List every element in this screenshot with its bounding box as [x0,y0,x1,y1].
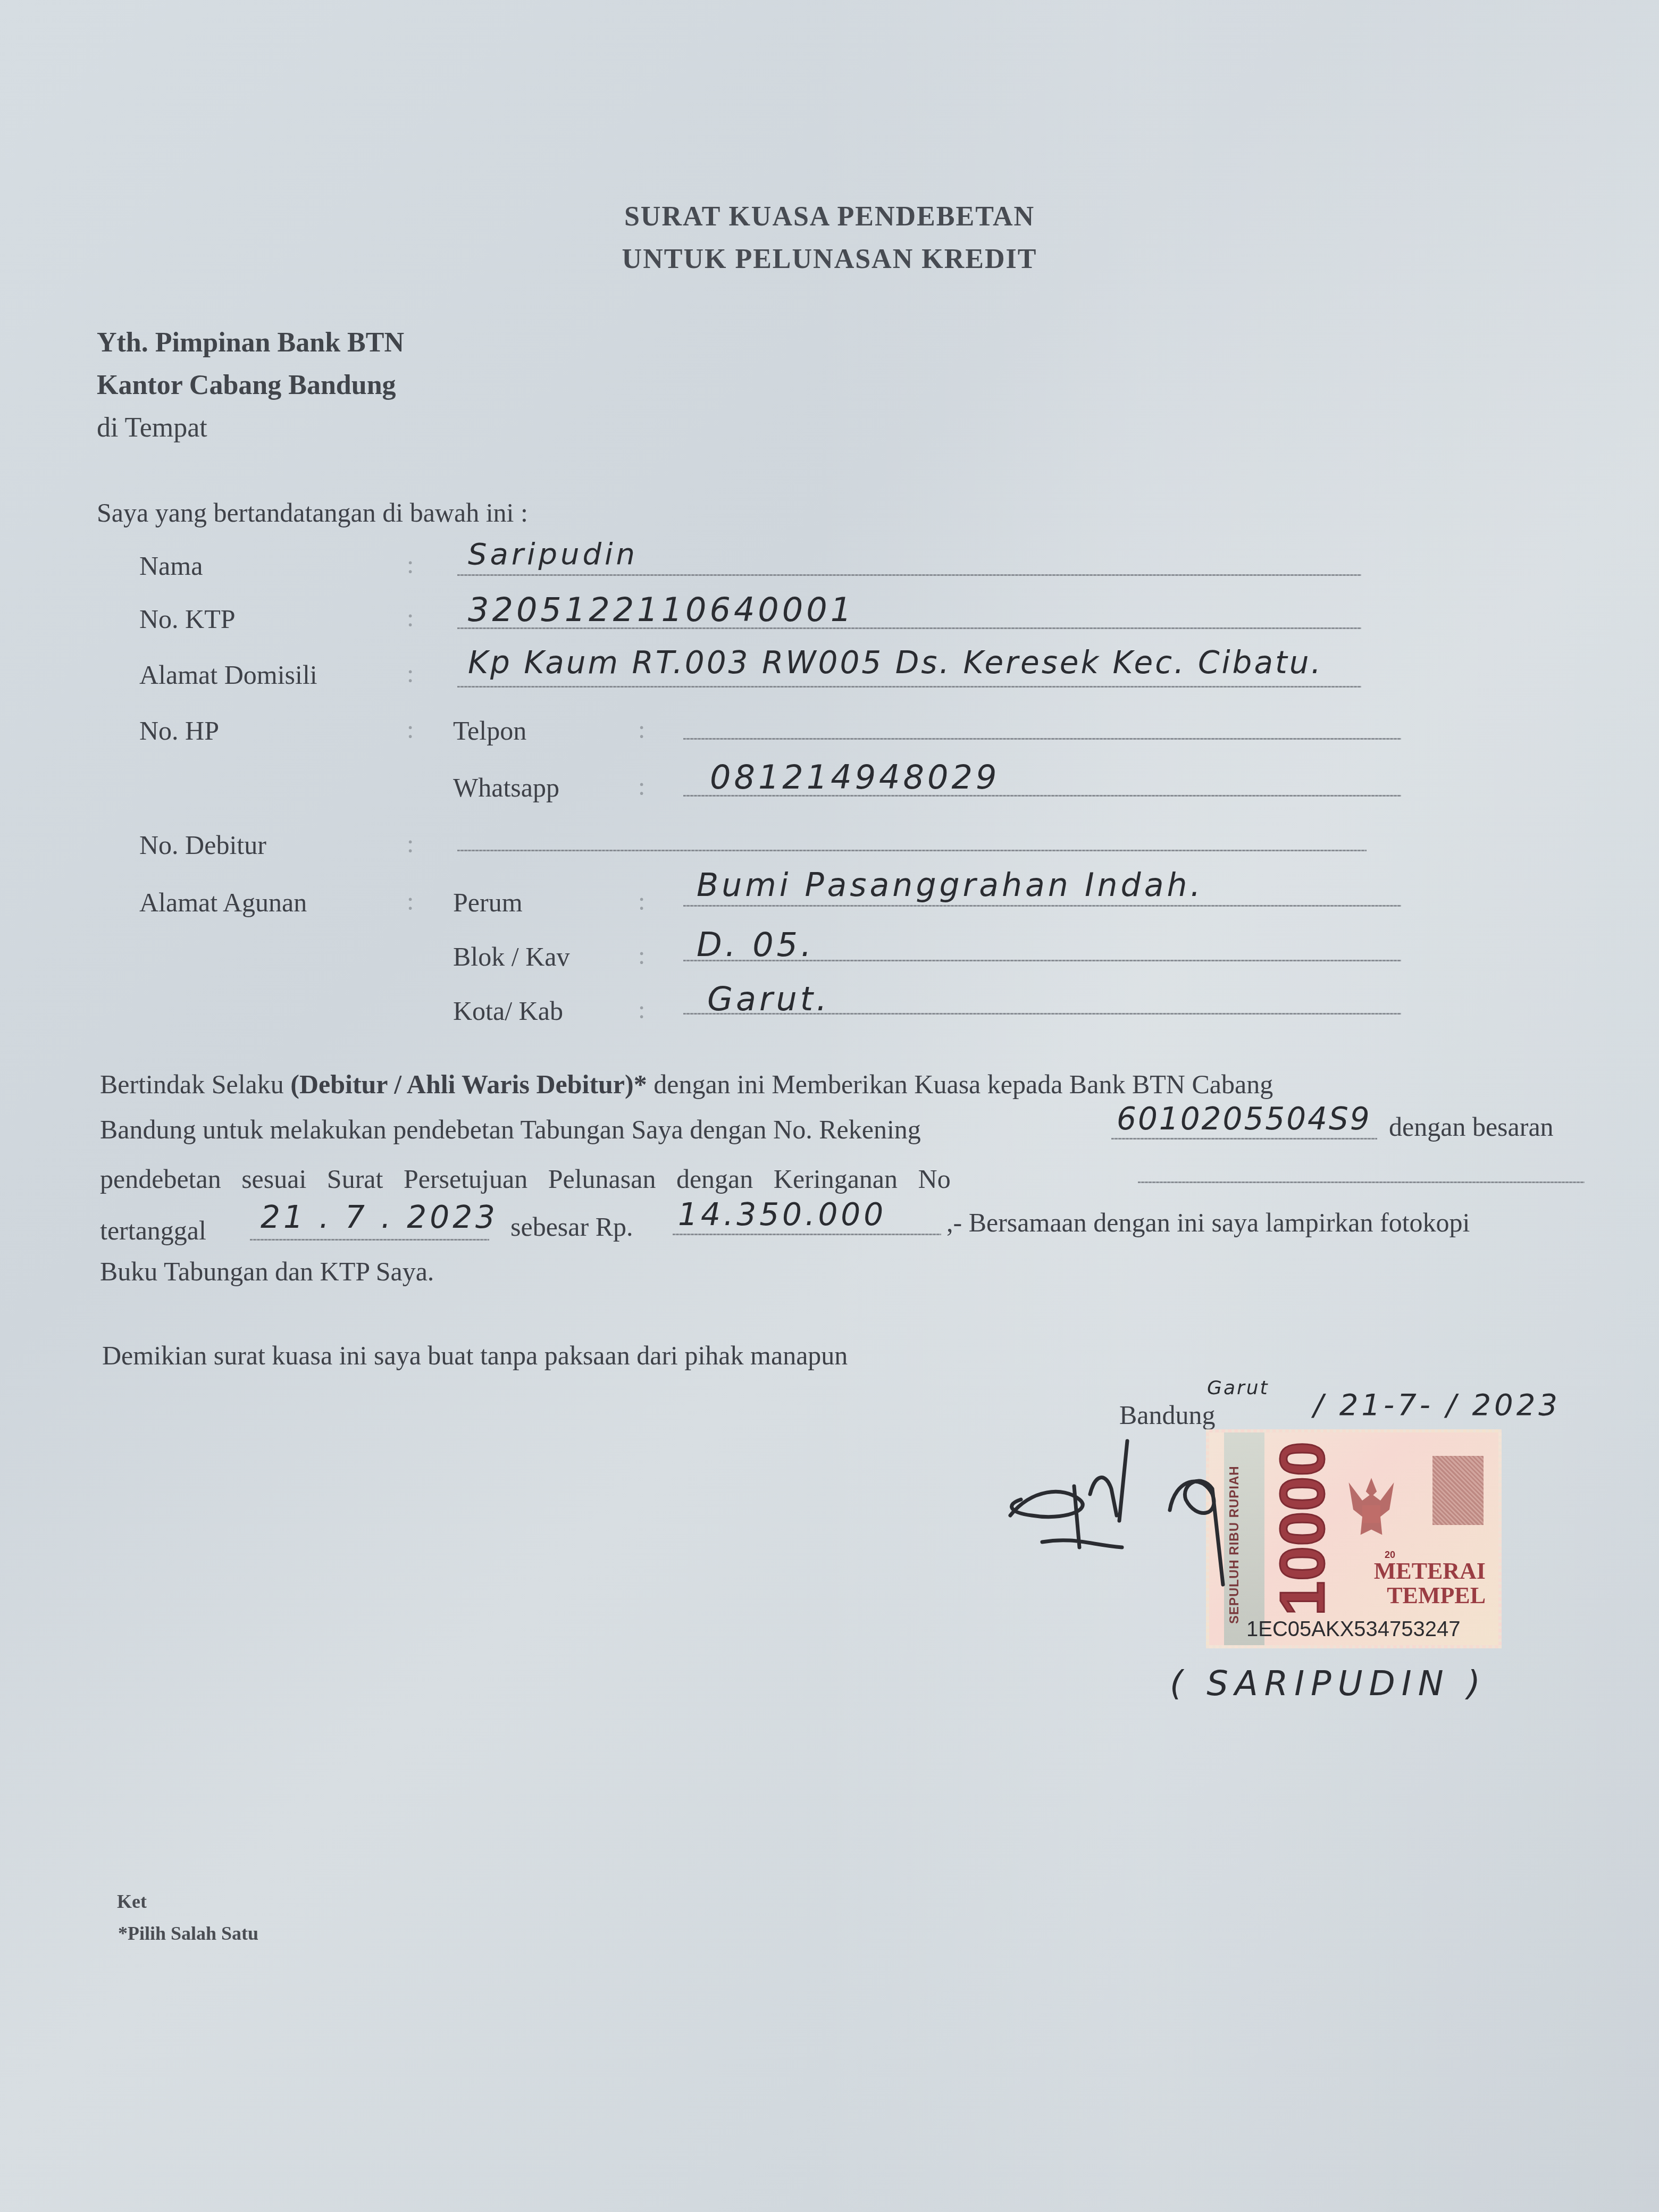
document-title-line1: SURAT KUASA PENDEBETAN [0,201,1659,232]
nama-label: Nama [139,550,203,581]
colon: : [407,829,414,859]
nama-underline [457,574,1361,576]
tertanggal-label: tertanggal [100,1215,206,1246]
colon: : [407,887,414,916]
closing-text: Demikian surat kuasa ini saya buat tanpa… [102,1340,848,1371]
meterai-stamp: SEPULUH RIBU RUPIAH 10000 20 METERAI TEM… [1206,1429,1502,1648]
domisili-underline [457,686,1361,688]
paragraph-text: ,- Bersamaan dengan ini saya lampirkan f… [946,1207,1470,1238]
tanggal-underline [250,1239,489,1241]
kota-underline [683,1013,1401,1015]
colon: : [407,604,414,633]
stamp-serial: 1EC05AKX534753247 [1246,1618,1461,1641]
paragraph-line5: Buku Tabungan dan KTP Saya. [100,1256,434,1287]
colon: : [638,887,645,916]
date-handwritten: / 21-7- / 2023 [1313,1388,1561,1422]
colon: : [638,715,645,744]
paragraph-line3: pendebetan sesuai Surat Persetujuan Pelu… [100,1163,951,1194]
ktp-label: No. KTP [139,604,236,634]
sebesar-label: sebesar Rp. [510,1211,633,1242]
garuda-emblem-icon [1326,1464,1417,1555]
stamp-title-line2: TEMPEL [1369,1583,1486,1608]
colon: : [407,550,414,580]
perum-label: Perum [453,887,523,918]
colon: : [638,995,645,1025]
colon: : [407,715,414,744]
ktp-underline [457,627,1361,629]
paragraph-text: dengan besaran [1389,1111,1554,1142]
jumlah-field[interactable]: 14.350.000 [678,1196,886,1233]
colon: : [638,772,645,801]
perum-underline [683,905,1401,907]
role-choice: (Debitur / Ahli Waris Debitur)* [290,1069,647,1099]
intro-text: Saya yang bertandatangan di bawah ini : [97,497,528,528]
paragraph-text: Bandung untuk melakukan pendebetan Tabun… [100,1115,921,1144]
debitur-label: No. Debitur [139,829,266,860]
tanggal-field[interactable]: 21 . 7 . 2023 [261,1199,498,1235]
place-printed: Bandung [1119,1400,1216,1430]
jumlah-underline [673,1234,941,1235]
domisili-label: Alamat Domisili [139,659,317,690]
perum-field[interactable]: Bumi Pasanggrahan Indah. [697,867,1204,904]
colon: : [407,659,414,689]
blok-underline [683,960,1401,961]
paragraph-line1: Bertindak Selaku (Debitur / Ahli Waris D… [100,1069,1583,1100]
note-text: *Pilih Salah Satu [118,1922,258,1945]
note-label: Ket [117,1890,147,1913]
addressee-line2: Kantor Cabang Bandung [97,370,396,401]
whatsapp-underline [683,795,1401,797]
telpon-label: Telpon [453,715,526,746]
signer-name: ( SARIPUDIN ) [1170,1664,1487,1704]
addressee-line1: Yth. Pimpinan Bank BTN [97,327,404,358]
blok-field[interactable]: D. 05. [697,925,815,964]
debitur-underline [457,850,1367,851]
addressee-line3: di Tempat [97,412,207,443]
paragraph-text: dengan ini Memberikan Kuasa kepada Bank … [647,1069,1273,1099]
stamp-corner-pattern [1432,1456,1484,1525]
rekening-field[interactable]: 6010205504S9 [1117,1101,1371,1137]
nama-field[interactable]: Saripudin [468,537,638,572]
rekening-underline [1111,1138,1377,1139]
stamp-side-text: SEPULUH RIBU RUPIAH [1227,1465,1242,1624]
domisili-field[interactable]: Kp Kaum RT.003 RW005 Ds. Keresek Kec. Ci… [468,644,1323,681]
document-title-line2: UNTUK PELUNASAN KREDIT [0,244,1659,275]
stamp-title-line1: METERAI [1369,1559,1486,1583]
hp-label: No. HP [139,715,219,746]
paragraph-text: Bertindak Selaku [100,1069,290,1099]
telpon-underline [683,738,1401,740]
colon: : [638,941,645,970]
kota-label: Kota/ Kab [453,995,563,1026]
whatsapp-label: Whatsapp [453,772,559,803]
stamp-title: METERAI TEMPEL [1369,1559,1486,1608]
place-handwritten: Garut [1207,1377,1269,1399]
keringanan-underline [1138,1182,1585,1183]
whatsapp-field[interactable]: 081214948029 [710,758,1000,797]
paragraph-line2: Bandung untuk melakukan pendebetan Tabun… [100,1114,921,1145]
ktp-field[interactable]: 3205122110640001 [468,590,854,629]
agunan-label: Alamat Agunan [139,887,307,918]
blok-label: Blok / Kav [453,941,569,972]
